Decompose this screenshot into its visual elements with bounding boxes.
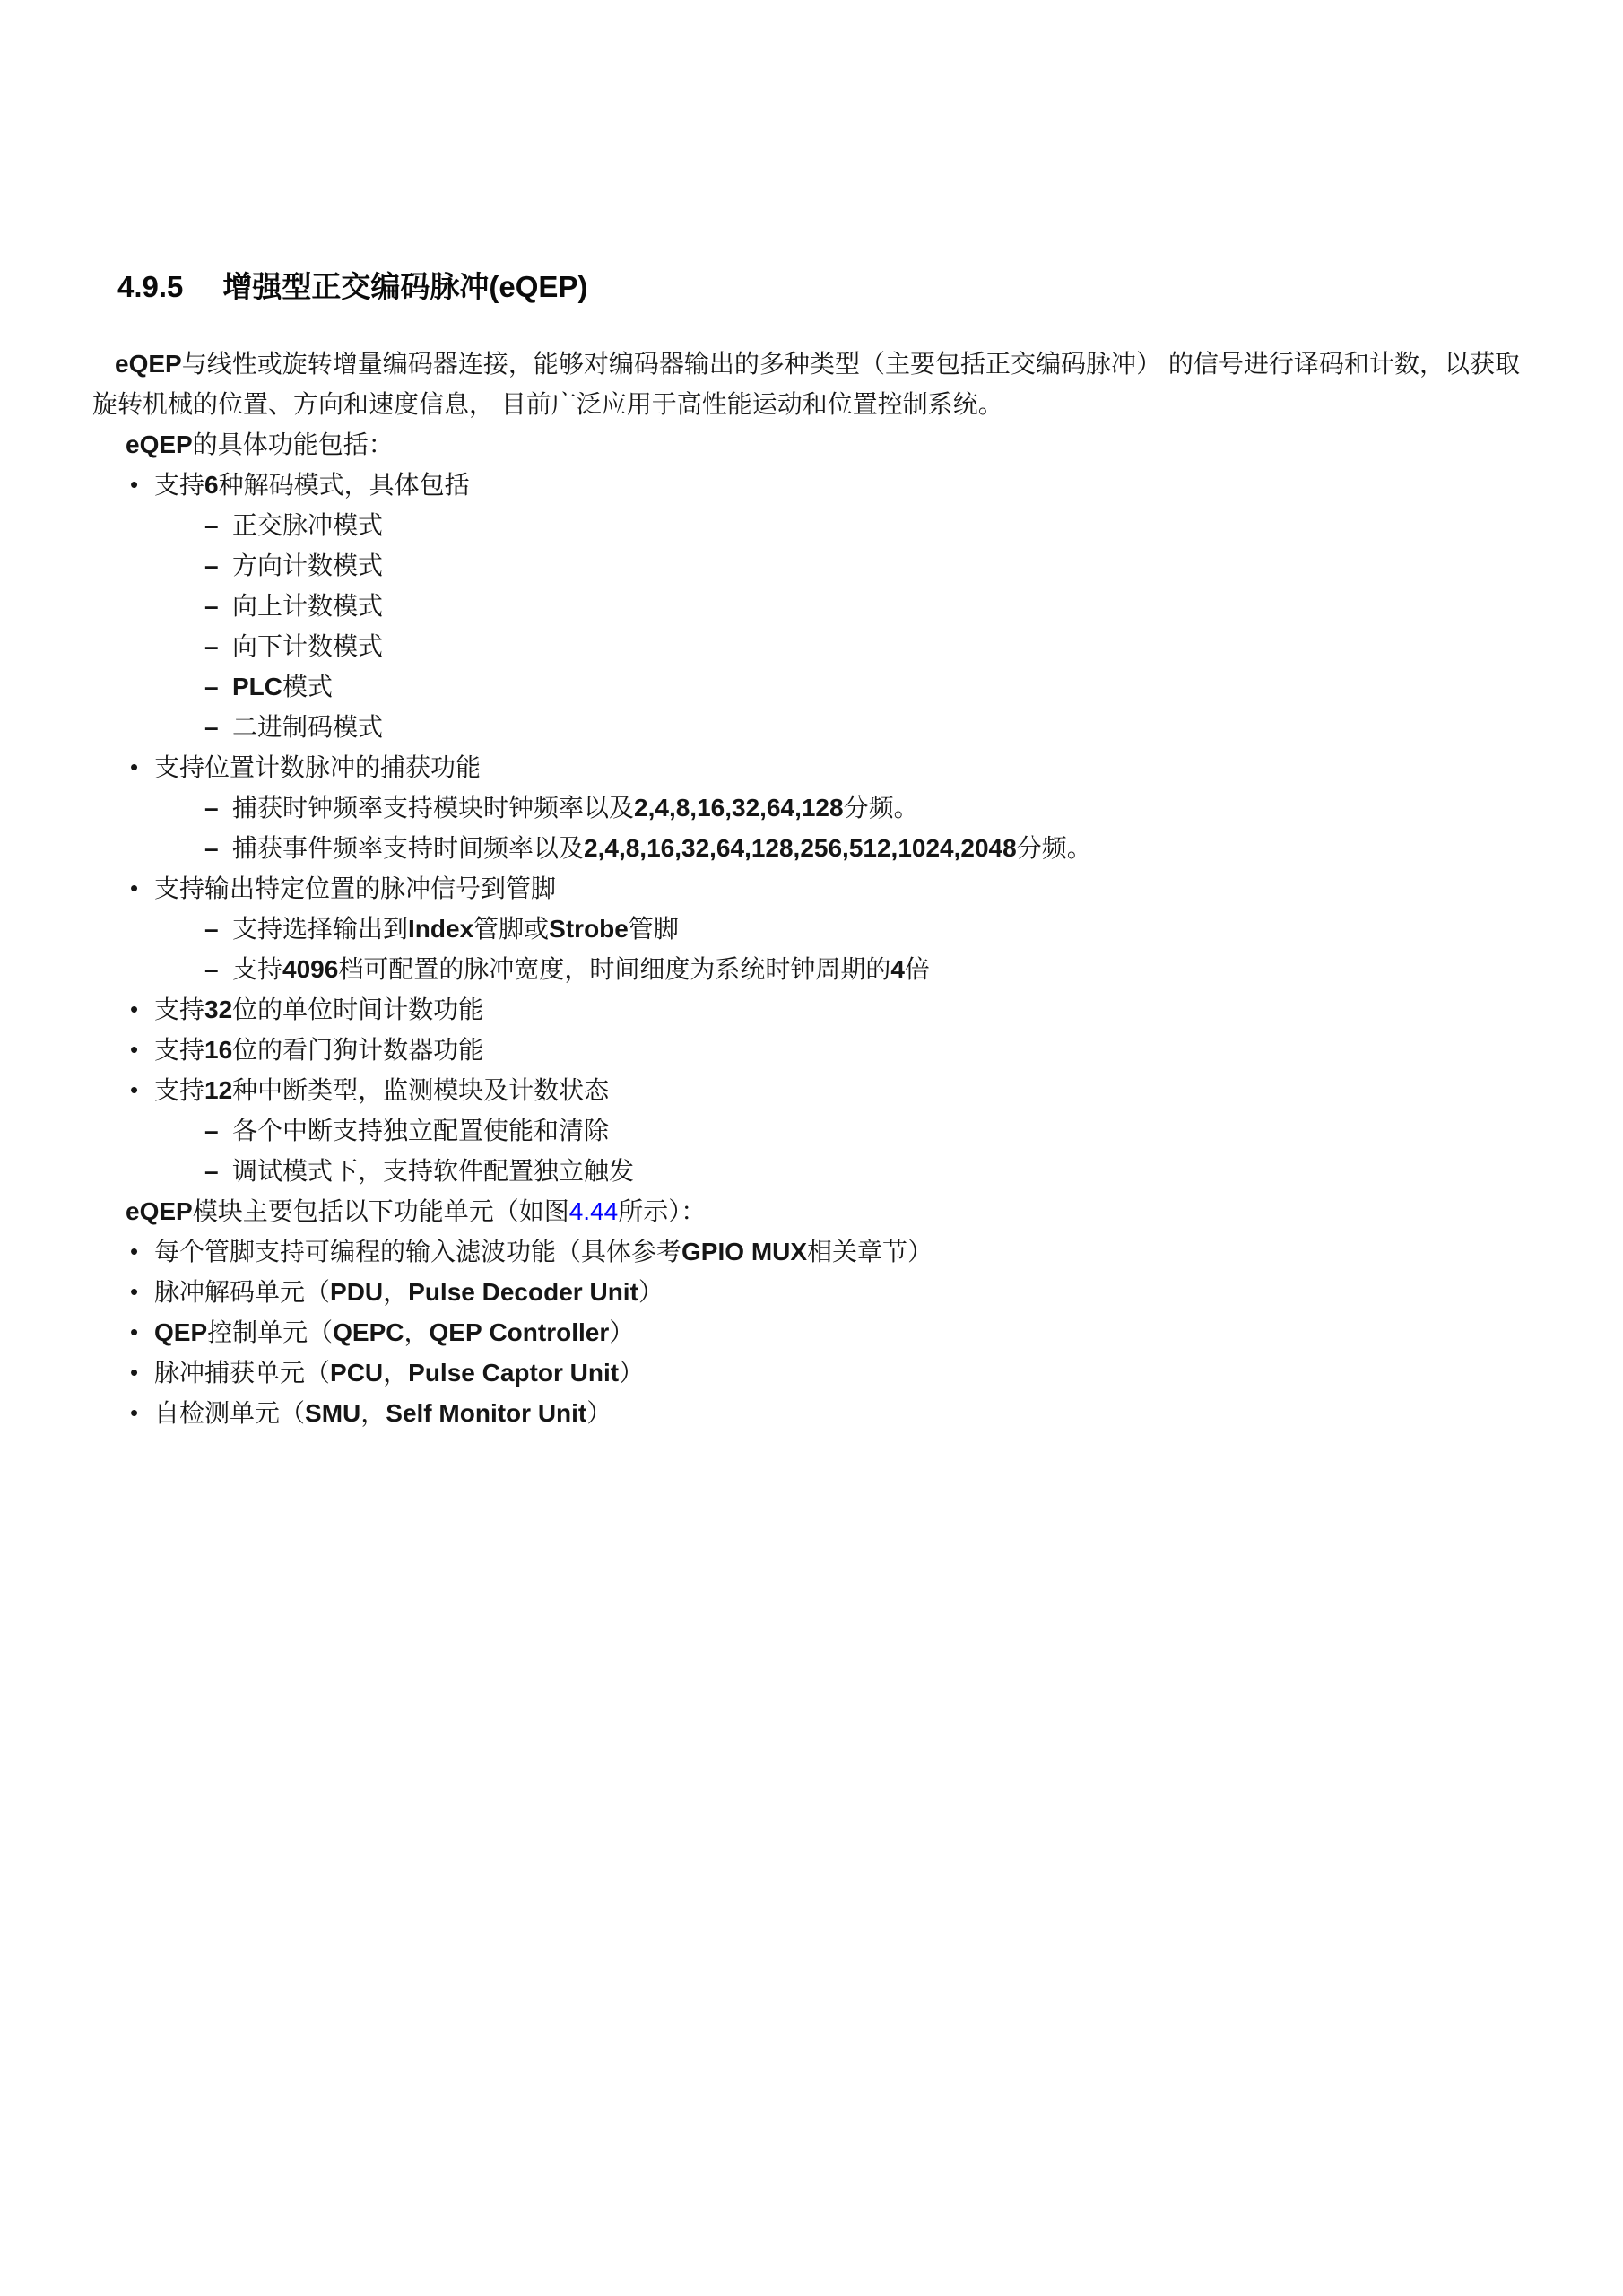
feature-subitem: –向下计数模式	[204, 626, 1527, 666]
feature-label: 支持16位的看门狗计数器功能	[154, 1030, 483, 1070]
features-intro: eQEP的具体功能包括：	[126, 424, 1527, 465]
unit-label: 自检测单元（SMU，Self Monitor Unit）	[154, 1393, 612, 1433]
dash-icon: –	[204, 909, 232, 949]
subitem-label: 捕获事件频率支持时间频率以及2,4,8,16,32,64,128,256,512…	[232, 828, 1092, 868]
subitem-label: 支持4096档可配置的脉冲宽度，时间细度为系统时钟周期的4倍	[232, 949, 930, 989]
feature-item: •支持位置计数脉冲的捕获功能	[130, 747, 1527, 787]
feature-subitem: –捕获时钟频率支持模块时钟频率以及2,4,8,16,32,64,128分频。	[204, 787, 1527, 828]
feature-item: •支持32位的单位时间计数功能	[130, 989, 1527, 1030]
feature-label: 支持32位的单位时间计数功能	[154, 989, 483, 1030]
subitem-label: 向下计数模式	[232, 626, 383, 666]
section-number: 4.9.5	[117, 270, 183, 303]
bullet-icon: •	[130, 747, 154, 787]
feature-label: 支持12种中断类型，监测模块及计数状态	[154, 1070, 609, 1110]
figure-link[interactable]: 4.44	[569, 1197, 619, 1225]
dash-icon: –	[204, 586, 232, 626]
feature-label: 支持6种解码模式，具体包括	[154, 465, 470, 505]
feature-subitem: –支持选择输出到Index管脚或Strobe管脚	[204, 909, 1527, 949]
dash-icon: –	[204, 545, 232, 586]
intro-paragraph: eQEP与线性或旋转增量编码器连接，能够对编码器输出的多种类型（主要包括正交编码…	[92, 344, 1520, 424]
unit-item: •脉冲捕获单元（PCU，Pulse Captor Unit）	[130, 1352, 1527, 1393]
feature-label: 支持位置计数脉冲的捕获功能	[154, 747, 481, 787]
bullet-icon: •	[130, 1070, 154, 1110]
bullet-icon: •	[130, 1393, 154, 1433]
unit-label: QEP控制单元（QEPC，QEP Controller）	[154, 1312, 634, 1352]
dash-icon: –	[204, 1151, 232, 1191]
feature-subitem: –正交脉冲模式	[204, 505, 1527, 545]
unit-label: 每个管脚支持可编程的输入滤波功能（具体参考GPIO MUX相关章节）	[154, 1231, 933, 1272]
feature-subitem: –向上计数模式	[204, 586, 1527, 626]
feature-item: •支持6种解码模式，具体包括	[130, 465, 1527, 505]
dash-icon: –	[204, 626, 232, 666]
bullet-icon: •	[130, 868, 154, 909]
dash-icon: –	[204, 828, 232, 868]
unit-item: •QEP控制单元（QEPC，QEP Controller）	[130, 1312, 1527, 1352]
bullet-icon: •	[130, 1272, 154, 1312]
page-content: 4.9.5增强型正交编码脉冲(eQEP) eQEP与线性或旋转增量编码器连接，能…	[92, 266, 1527, 1433]
dash-icon: –	[204, 707, 232, 747]
subitem-label: 各个中断支持独立配置使能和清除	[232, 1110, 609, 1151]
feature-item: •支持12种中断类型，监测模块及计数状态	[130, 1070, 1527, 1110]
section-title: 增强型正交编码脉冲(eQEP)	[222, 270, 587, 303]
subitem-label: PLC模式	[232, 666, 333, 707]
dash-icon: –	[204, 1110, 232, 1151]
units-intro: eQEP模块主要包括以下功能单元（如图4.44所示）：	[126, 1191, 1527, 1231]
subitem-label: 捕获时钟频率支持模块时钟频率以及2,4,8,16,32,64,128分频。	[232, 787, 919, 828]
feature-label: 支持输出特定位置的脉冲信号到管脚	[154, 868, 556, 909]
bullet-icon: •	[130, 1030, 154, 1070]
units-intro-suffix: 所示）：	[618, 1197, 706, 1225]
subitem-label: 支持选择输出到Index管脚或Strobe管脚	[232, 909, 679, 949]
dash-icon: –	[204, 787, 232, 828]
bullet-icon: •	[130, 1231, 154, 1272]
dash-icon: –	[204, 666, 232, 707]
unit-item: •自检测单元（SMU，Self Monitor Unit）	[130, 1393, 1527, 1433]
feature-subitem: –各个中断支持独立配置使能和清除	[204, 1110, 1527, 1151]
bullet-icon: •	[130, 1352, 154, 1393]
feature-item: •支持输出特定位置的脉冲信号到管脚	[130, 868, 1527, 909]
feature-subitem: –PLC模式	[204, 666, 1527, 707]
document-page: 4.9.5增强型正交编码脉冲(eQEP) eQEP与线性或旋转增量编码器连接，能…	[0, 0, 1623, 2296]
feature-subitem: –捕获事件频率支持时间频率以及2,4,8,16,32,64,128,256,51…	[204, 828, 1527, 868]
dash-icon: –	[204, 949, 232, 989]
unit-item: •脉冲解码单元（PDU，Pulse Decoder Unit）	[130, 1272, 1527, 1312]
units-intro-prefix: eQEP模块主要包括以下功能单元（如图	[126, 1197, 569, 1225]
dash-icon: –	[204, 505, 232, 545]
subitem-label: 正交脉冲模式	[232, 505, 383, 545]
subitem-label: 二进制码模式	[232, 707, 383, 747]
bullet-icon: •	[130, 1312, 154, 1352]
unit-label: 脉冲捕获单元（PCU，Pulse Captor Unit）	[154, 1352, 644, 1393]
bullet-icon: •	[130, 989, 154, 1030]
feature-item: •支持16位的看门狗计数器功能	[130, 1030, 1527, 1070]
unit-label: 脉冲解码单元（PDU，Pulse Decoder Unit）	[154, 1272, 664, 1312]
feature-subitem: –二进制码模式	[204, 707, 1527, 747]
feature-subitem: –调试模式下，支持软件配置独立触发	[204, 1151, 1527, 1191]
subitem-label: 向上计数模式	[232, 586, 383, 626]
subitem-label: 调试模式下，支持软件配置独立触发	[232, 1151, 634, 1191]
section-heading: 4.9.5增强型正交编码脉冲(eQEP)	[117, 266, 1527, 307]
bullet-icon: •	[130, 465, 154, 505]
feature-subitem: –方向计数模式	[204, 545, 1527, 586]
subitem-label: 方向计数模式	[232, 545, 383, 586]
feature-subitem: –支持4096档可配置的脉冲宽度，时间细度为系统时钟周期的4倍	[204, 949, 1527, 989]
unit-item: •每个管脚支持可编程的输入滤波功能（具体参考GPIO MUX相关章节）	[130, 1231, 1527, 1272]
